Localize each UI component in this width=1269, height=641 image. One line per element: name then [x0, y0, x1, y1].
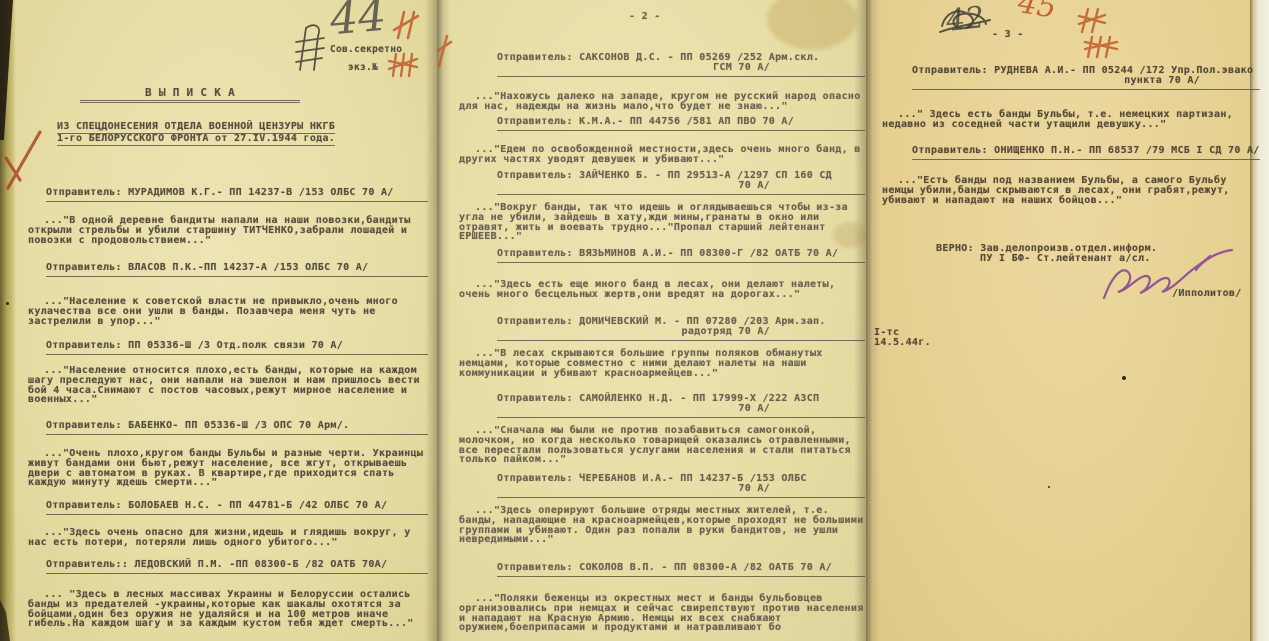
censored-quote: ..."Население к советской власти не прив…: [28, 297, 428, 326]
sender-line: Отправитель: БАБЕНКО- ПП 05336-Ш /3 ОПС …: [46, 421, 428, 435]
sender-line: Отправитель: ВЛАСОВ П.К.-ПП 14237-А /153…: [46, 263, 428, 277]
sender-line: Отправитель: САКСОНОВ Д.С. - ПП 05269 /2…: [497, 53, 865, 77]
censored-quote: ... "Здесь в лесных массивах Украины и Б…: [28, 590, 428, 629]
paper-speck: [6, 302, 9, 305]
sender-line: Отправитель: БОЛОБАЕВ Н.С. - ПП 44781-Б …: [46, 501, 428, 515]
sender-line: Отправитель: ПП 05336-Ш /3 Отд.полк связ…: [46, 341, 428, 355]
orange-tally-crossed-top: [392, 8, 418, 40]
censored-quote: ..."Поляки беженцы из окрестных мест и б…: [459, 594, 866, 633]
censored-quote: ..."Здесь есть еще много банд в лесах, о…: [459, 280, 866, 300]
paper-speck: [1048, 486, 1050, 488]
sender-line: Отправитель: МУРАДИМОВ К.Г.- ПП 14237-В …: [46, 188, 428, 202]
sender-line: Отправитель: ВЯЗЬМИНОВ А.И.- ПП 08300-Г …: [497, 249, 865, 263]
censored-quote: ..."Очень плохо,кругом банды Бульбы и ра…: [28, 449, 428, 488]
sender-line: Отправитель: СОКОЛОВ В.П. - ПП 08300-А /…: [497, 563, 865, 577]
footer-typist-block: I-тс 14.5.44г.: [874, 328, 931, 348]
censored-quote: ..."В одной деревне бандиты напали на на…: [28, 216, 428, 245]
underlying-page-edge: [1250, 0, 1269, 641]
page-2: - 2 - Отправитель: САКСОНОВ Д.С. - ПП 05…: [437, 0, 866, 641]
paper-speck: [1122, 376, 1126, 380]
red-check-mark: [0, 124, 42, 216]
sender-line: Отправитель:: ЛЕДОВСКИЙ П.М. -ПП 08300-Б…: [46, 560, 428, 574]
censored-quote: ..."Здесь очень опасно для жизни,идешь и…: [28, 528, 428, 548]
orange-tally-crossed-2: [1084, 34, 1118, 60]
censored-quote: ..."Вокруг банды, так что идешь и огляды…: [459, 203, 866, 242]
sender-line: Отправитель: ДОМИЧЕВСКИЙ М. - ПП 07280 /…: [497, 317, 865, 341]
pencil-monogram-mark: [288, 20, 332, 74]
censored-quote: ..." Здесь есть банды Бульбы, т.е. немец…: [882, 110, 1258, 130]
page-number-marker: - 2 -: [629, 12, 661, 22]
page-number-marker: - 3 -: [992, 30, 1024, 40]
sender-line: Отправитель: РУДНЕВА А.И.- ПП 05244 /172…: [912, 66, 1260, 90]
handwritten-number-orange: 45: [1015, 0, 1058, 26]
footer-line2: 14.5.44г.: [874, 338, 931, 348]
sender-line: Отправитель: САМОЙЛЕНКО Н.Д. - ПП 17999-…: [497, 394, 865, 418]
page-1: 44 Сов.секретно экз.№ В Ы П И С К А ИЗ С…: [0, 0, 437, 641]
document-scan: { "colors": { "paper_left": "#e8dfa9", "…: [0, 0, 1269, 641]
orange-mark-edge: [437, 30, 451, 70]
sender-line: Отправитель: ЧЕРЕБАНОВ И.А.- ПП 14237-Б …: [497, 474, 865, 498]
censored-quote: ..."Нахожусь далеко на западе, кругом не…: [459, 92, 866, 112]
signature-name: /Ипполитов/: [1172, 289, 1242, 299]
document-title: В Ы П И С К А: [80, 88, 300, 103]
copy-number-label: экз.№: [348, 63, 378, 73]
censored-quote: ..."Едем по освобожденной местности,здес…: [459, 145, 866, 165]
page-3: - 3 - 42 45 Отправитель: РУДНЕВА А.И.- П…: [866, 0, 1269, 641]
page3-left-gutter-shadow: [866, 0, 880, 641]
censored-quote: ..."Население относится плохо,есть банды…: [28, 366, 428, 405]
sender-line: Отправитель: ОНИЩЕНКО П.Н.- ПП 68537 /79…: [912, 146, 1260, 160]
pencil-scribble-over-number: [938, 6, 992, 38]
censored-quote: ..."Сначала мы были не против позабавить…: [459, 426, 866, 465]
censored-quote: ..."В лесах скрываются большие группы по…: [459, 349, 866, 378]
orange-tally-crossed-1: [1078, 6, 1106, 36]
sender-line: Отправитель: К.М.А.- ПП 44756 /581 АП ПВ…: [497, 117, 865, 131]
page2-left-gutter-shadow: [437, 0, 451, 641]
handwritten-page-number: 44: [328, 0, 388, 45]
sender-line: Отправитель: ЗАЙЧЕНКО Б. - ПП 29513-А /1…: [497, 171, 865, 195]
document-subtitle-line2: 1-го БЕЛОРУССКОГО ФРОНТА от 27.IV.1944 г…: [57, 134, 335, 146]
censored-quote: ..."Есть банды под названием Бульбы, а с…: [882, 176, 1258, 205]
censored-quote: ..."Здесь оперируют большие отряды местн…: [459, 506, 866, 545]
paper-stain: [767, 0, 857, 50]
orange-tally-crossed-copy: [388, 50, 418, 78]
